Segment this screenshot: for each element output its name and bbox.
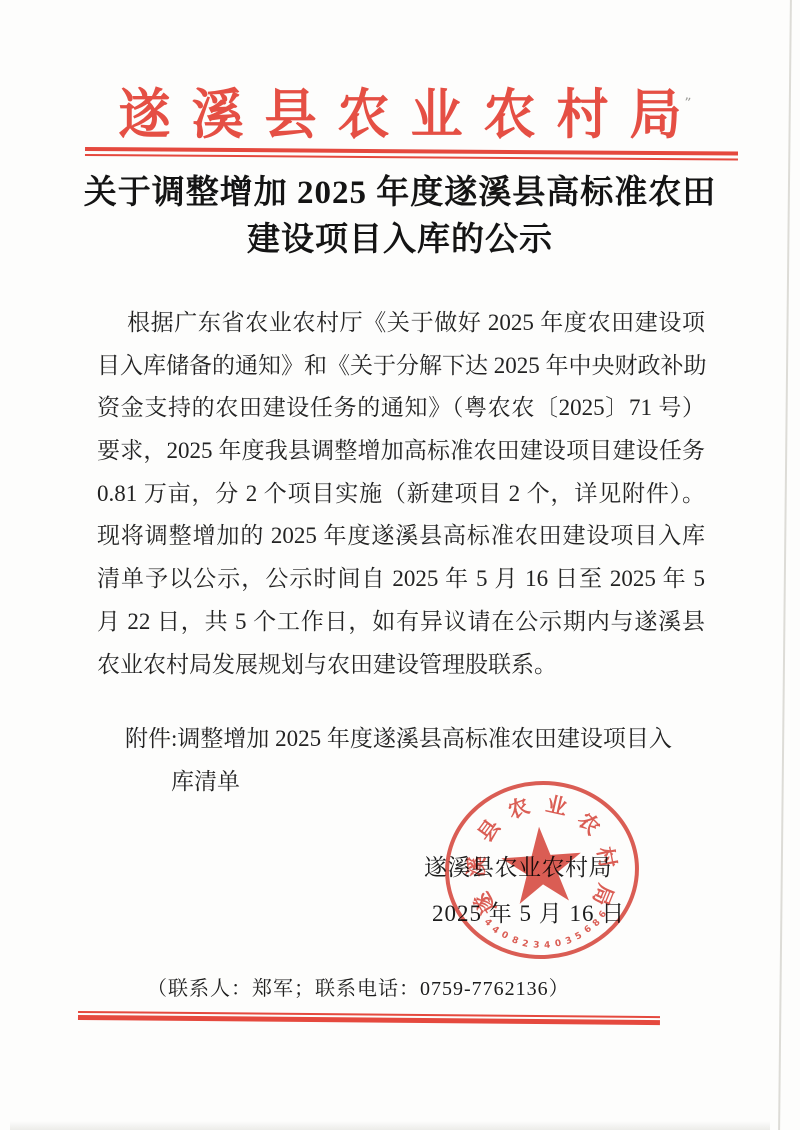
document-title-line1: 关于调整增加 2025 年度遂溪县高标准农田	[0, 170, 800, 217]
seal-arc-character: 业	[542, 791, 571, 820]
bottom-rule	[78, 1011, 660, 1025]
body-line: 月 22 日，共 5 个工作日，如有异议请在公示期内与遂溪县	[97, 601, 705, 644]
body-line: 要求，2025 年度我县调整增加高标准农田建设项目建设任务	[97, 430, 705, 473]
official-seal: ★ 遂溪县农业农村局4408234035686	[439, 774, 645, 965]
seal-arc-character: 溪	[463, 854, 488, 879]
body-line: 0.81 万亩，分 2 个项目实施（新建项目 2 个，详见附件）。	[97, 473, 705, 516]
contact-info: （联系人：郑军；联系电话：0759-7762136）	[147, 968, 570, 1010]
scan-bottom-artifact	[10, 1121, 770, 1130]
seal-serial-digit: 3	[531, 940, 542, 951]
document-page: ” 遂溪县农业农村局 关于调整增加 2025 年度遂溪县高标准农田 建设项目入库…	[0, 0, 800, 1130]
body-line: 目入库储备的通知》和《关于分解下达 2025 年中央财政补助	[97, 345, 705, 388]
letterhead-title: 遂溪县农业农村局	[0, 71, 800, 149]
attachment-line1: 附件:调整增加 2025 年度遂溪县高标准农田建设项目入	[97, 718, 705, 761]
body-line: 现将调整增加的 2025 年度遂溪县高标准农田建设项目入库	[97, 515, 705, 558]
seal-arc-character: 村	[593, 843, 621, 871]
body-paragraph: 根据广东省农业农村厅《关于做好 2025 年度农田建设项 目入库储备的通知》和《…	[97, 302, 705, 686]
body-line: 清单予以公示，公示时间自 2025 年 5 月 16 日至 2025 年 5	[97, 558, 705, 601]
document-title-line2: 建设项目入库的公示	[0, 217, 800, 264]
document-title: 关于调整增加 2025 年度遂溪县高标准农田 建设项目入库的公示	[0, 170, 800, 264]
body-line: 根据广东省农业农村厅《关于做好 2025 年度农田建设项	[97, 302, 705, 345]
body-line: 资金支持的农田建设任务的通知》（粤农农〔2025〕71 号）	[97, 387, 705, 430]
seal-serial-digit: 4	[542, 940, 553, 951]
body-line: 农业农村局发展规划与农田建设管理股联系。	[97, 644, 705, 687]
letterhead-rule	[85, 147, 738, 161]
